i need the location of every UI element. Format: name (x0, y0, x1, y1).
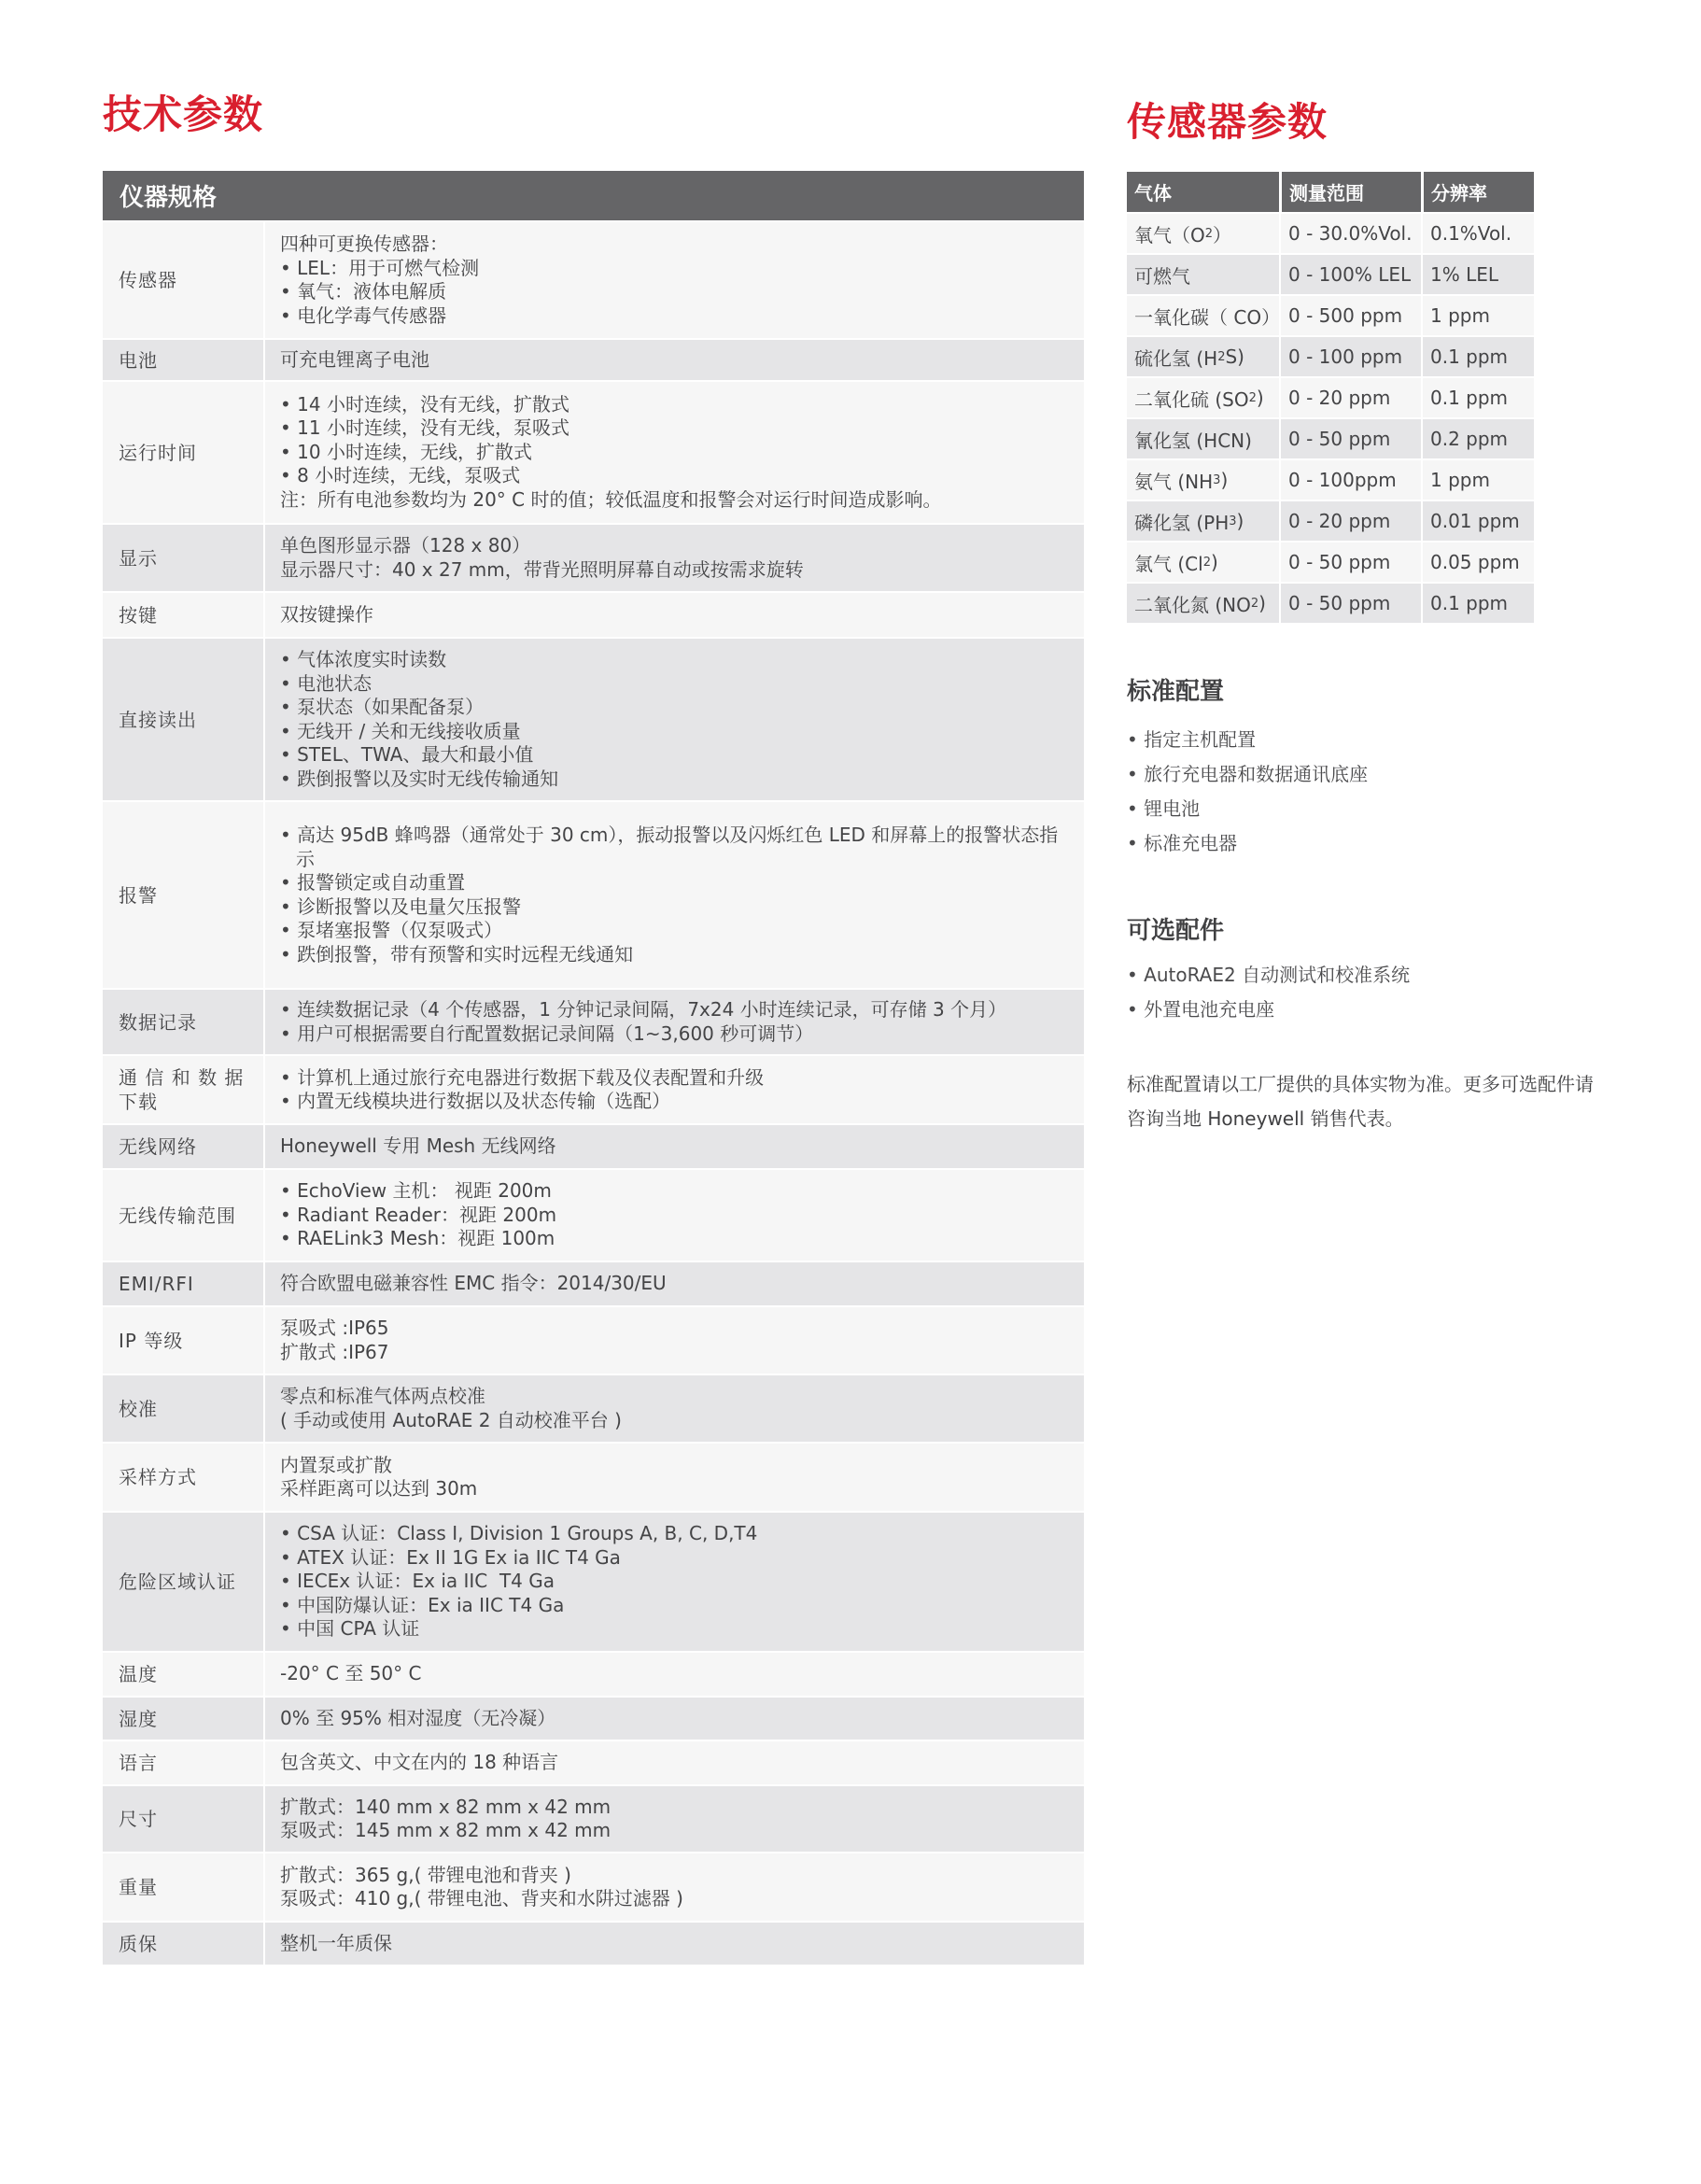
spec-row: 重量扩散式：365 g,( 带锂电池和背夹 )泵吸式：410 g,( 带锂电池、… (103, 1852, 1084, 1921)
spec-row: 采样方式内置泵或扩散采样距离可以达到 30m (103, 1442, 1084, 1511)
optional-accessories-list: AutoRAE2 自动测试和校准系统外置电池充电座 (1127, 958, 1410, 1027)
spec-text-line: 四种可更换传感器： (280, 232, 1076, 257)
sensor-row: 二氧化硫 (SO2)0 - 20 ppm0.1 ppm (1127, 376, 1534, 417)
sensor-range: 0 - 100% LEL (1279, 255, 1421, 294)
sensor-table-body: 氧气（O2）0 - 30.0%Vol.0.1%Vol.可燃气0 - 100% L… (1127, 212, 1534, 623)
spec-text-line: 零点和标准气体两点校准 (280, 1385, 1076, 1409)
spec-row-value: 整机一年质保 (265, 1923, 1084, 1965)
spec-text-line: 采样距离可以达到 30m (280, 1477, 1076, 1501)
standard-config-title: 标准配置 (1127, 680, 1224, 704)
gas-name-tail: ) (1258, 592, 1266, 614)
spec-bullet-item: 11 小时连续，没有无线，泵吸式 (280, 416, 1076, 441)
gas-formula-subscript: 3 (1229, 514, 1236, 528)
spec-row: IP 等级泵吸式 :IP65扩散式 :IP67 (103, 1305, 1084, 1374)
spec-row: 电池可充电锂离子电池 (103, 338, 1084, 380)
spec-row-value: 计算机上通过旅行充电器进行数据下载及仪表配置和升级内置无线模块进行数据以及状态传… (265, 1056, 1084, 1123)
optional-accessories-title: 可选配件 (1127, 919, 1224, 943)
spec-text-line: 可充电锂离子电池 (280, 348, 1076, 373)
sensor-gas-name: 氧气（O2） (1127, 214, 1279, 253)
sensor-param-table: 气体 测量范围 分辨率 氧气（O2）0 - 30.0%Vol.0.1%Vol.可… (1127, 172, 1534, 623)
gas-name-tail: ) (1237, 510, 1244, 532)
spec-row-label: 校准 (103, 1375, 265, 1442)
spec-text-line: -20° C 至 50° C (280, 1662, 1076, 1686)
spec-row-value: 气体浓度实时读数电池状态泵状态（如果配备泵）无线开 / 关和无线接收质量STEL… (265, 639, 1084, 800)
col-header-gas: 气体 (1127, 172, 1279, 212)
gas-name-text: 二氧化硫 (SO (1134, 385, 1249, 412)
spec-bullet-item: Radiant Reader：视距 200m (280, 1204, 1076, 1228)
standard-config-list: 指定主机配置旅行充电器和数据通讯底座锂电池标准充电器 (1127, 723, 1368, 861)
gas-formula-subscript: 2 (1203, 556, 1211, 570)
spec-row-label: EMI/RFI (103, 1262, 265, 1305)
spec-row-label: IP 等级 (103, 1307, 265, 1374)
spec-row-value: 包含英文、中文在内的 18 种语言 (265, 1741, 1084, 1784)
spec-row-label: 显示 (103, 525, 265, 591)
spec-bullet-item: 无线开 / 关和无线接收质量 (280, 720, 1076, 744)
sensor-resolution: 1% LEL (1421, 255, 1534, 294)
spec-bullet-item: 8 小时连续，无线，泵吸式 (280, 464, 1076, 488)
list-item: 指定主机配置 (1127, 723, 1368, 757)
spec-row-label: 尺寸 (103, 1786, 265, 1852)
sensor-row: 氯气 (Cl2)0 - 50 ppm0.05 ppm (1127, 541, 1534, 582)
sensor-gas-name: 磷化氢 (PH3) (1127, 501, 1279, 541)
spec-bullet-item: 连续数据记录（4 个传感器，1 分钟记录间隔，7x24 小时连续记录，可存储 3… (280, 998, 1076, 1022)
sensor-range: 0 - 20 ppm (1279, 378, 1421, 417)
spec-row-label: 湿度 (103, 1698, 265, 1740)
spec-row-label: 无线传输范围 (103, 1170, 265, 1261)
spec-row: 危险区域认证CSA 认证：Class I, Division 1 Groups … (103, 1511, 1084, 1651)
spec-row-value: 连续数据记录（4 个传感器，1 分钟记录间隔，7x24 小时连续记录，可存储 3… (265, 990, 1084, 1054)
spec-row-value: 符合欧盟电磁兼容性 EMC 指令：2014/30/EU (265, 1262, 1084, 1305)
spec-row-label: 通 信 和 数 据 下载 (103, 1056, 265, 1123)
spec-row: 数据记录连续数据记录（4 个传感器，1 分钟记录间隔，7x24 小时连续记录，可… (103, 988, 1084, 1054)
spec-row: 运行时间14 小时连续，没有无线，扩散式11 小时连续，没有无线，泵吸式10 小… (103, 380, 1084, 523)
spec-text-line: 泵吸式：410 g,( 带锂电池、背夹和水阱过滤器 ) (280, 1887, 1076, 1911)
gas-formula-subscript: 2 (1249, 391, 1257, 405)
sensor-range: 0 - 100ppm (1279, 460, 1421, 500)
page-title-specs: 技术参数 (103, 95, 263, 134)
gas-name-text: 一氧化碳（ CO） (1134, 303, 1280, 330)
sensor-resolution: 0.1 ppm (1421, 584, 1534, 623)
spec-text-line: 注：所有电池参数均为 20° C 时的值；较低温度和报警会对运行时间造成影响。 (280, 488, 1076, 513)
spec-row: 无线传输范围EchoView 主机： 视距 200mRadiant Reader… (103, 1168, 1084, 1261)
list-item: 锂电池 (1127, 792, 1368, 826)
spec-row-label: 传感器 (103, 222, 265, 338)
spec-bullet-item: 高达 95dB 蜂鸣器（通常处于 30 cm），振动报警以及闪烁红色 LED 和… (280, 824, 1076, 871)
spec-bullet-item: 14 小时连续，没有无线，扩散式 (280, 393, 1076, 417)
gas-name-text: 磷化氢 (PH (1134, 508, 1229, 535)
spec-row: 质保整机一年质保 (103, 1921, 1084, 1965)
spec-text-line: 内置泵或扩散 (280, 1454, 1076, 1478)
list-item: 旅行充电器和数据通讯底座 (1127, 757, 1368, 792)
spec-row-label: 质保 (103, 1923, 265, 1965)
spec-row: 通 信 和 数 据 下载计算机上通过旅行充电器进行数据下载及仪表配置和升级内置无… (103, 1054, 1084, 1123)
spec-bullet-item: LEL：用于可燃气检测 (280, 257, 1076, 281)
spec-row: 尺寸扩散式：140 mm x 82 mm x 42 mm泵吸式：145 mm x… (103, 1784, 1084, 1852)
spec-bullet-item: RAELink3 Mesh：视距 100m (280, 1227, 1076, 1251)
spec-row: 报警高达 95dB 蜂鸣器（通常处于 30 cm），振动报警以及闪烁红色 LED… (103, 800, 1084, 988)
spec-row-value: 单色图形显示器（128 x 80）显示器尺寸：40 x 27 mm，带背光照明屏… (265, 525, 1084, 591)
config-note: 标准配置请以工厂提供的具体实物为准。更多可选配件请咨询当地 Honeywell … (1127, 1067, 1603, 1136)
gas-name-tail: ） (1213, 220, 1231, 247)
col-header-range: 测量范围 (1279, 172, 1421, 212)
sensor-range: 0 - 50 ppm (1279, 419, 1421, 458)
sensor-resolution: 0.01 ppm (1421, 501, 1534, 541)
spec-row: 湿度0% 至 95% 相对湿度（无冷凝） (103, 1696, 1084, 1740)
spec-bullet-item: CSA 认证：Class I, Division 1 Groups A, B, … (280, 1522, 1076, 1546)
sensor-row: 氰化氢 (HCN)0 - 50 ppm0.2 ppm (1127, 417, 1534, 458)
page-title-sensor-params: 传感器参数 (1127, 103, 1328, 142)
sensor-row: 硫化氢 (H2S)0 - 100 ppm0.1 ppm (1127, 335, 1534, 376)
spec-row-value: EchoView 主机： 视距 200mRadiant Reader：视距 20… (265, 1170, 1084, 1261)
spec-row: 校准零点和标准气体两点校准( 手动或使用 AutoRAE 2 自动校准平台 ) (103, 1374, 1084, 1442)
instrument-spec-table: 仪器规格 传感器四种可更换传感器：LEL：用于可燃气检测氧气：液体电解质电化学毒… (103, 171, 1084, 1965)
spec-text-line: 双按键操作 (280, 603, 1076, 627)
spec-bullet-item: 诊断报警以及电量欠压报警 (280, 895, 1076, 920)
spec-row-value: 14 小时连续，没有无线，扩散式11 小时连续，没有无线，泵吸式10 小时连续，… (265, 382, 1084, 523)
spec-bullet-item: 10 小时连续，无线，扩散式 (280, 441, 1076, 465)
spec-row-value: 0% 至 95% 相对湿度（无冷凝） (265, 1698, 1084, 1740)
sensor-gas-name: 氯气 (Cl2) (1127, 542, 1279, 582)
sensor-range: 0 - 30.0%Vol. (1279, 214, 1421, 253)
gas-name-text: 氯气 (Cl (1134, 549, 1203, 576)
list-item: 外置电池充电座 (1127, 993, 1410, 1027)
sensor-table-header: 气体 测量范围 分辨率 (1127, 172, 1534, 212)
spec-text-line: 整机一年质保 (280, 1932, 1076, 1956)
spec-row-value: Honeywell 专用 Mesh 无线网络 (265, 1125, 1084, 1168)
gas-formula-subscript: 2 (1217, 350, 1225, 364)
spec-bullet-item: 中国防爆认证：Ex ia IIC T4 Ga (280, 1594, 1076, 1618)
sensor-resolution: 0.1%Vol. (1421, 214, 1534, 253)
col-header-resolution: 分辨率 (1421, 172, 1534, 212)
spec-bullet-item: IECEx 认证：Ex ia IIC T4 Ga (280, 1570, 1076, 1594)
sensor-range: 0 - 50 ppm (1279, 584, 1421, 623)
spec-row-value: 内置泵或扩散采样距离可以达到 30m (265, 1444, 1084, 1511)
sensor-gas-name: 二氧化硫 (SO2) (1127, 378, 1279, 417)
spec-bullet-item: 计算机上通过旅行充电器进行数据下载及仪表配置和升级 (280, 1066, 1076, 1091)
spec-row-label: 温度 (103, 1653, 265, 1696)
spec-bullet-item: 中国 CPA 认证 (280, 1617, 1076, 1642)
spec-row-value: 双按键操作 (265, 593, 1084, 637)
spec-text-line: 泵吸式：145 mm x 82 mm x 42 mm (280, 1819, 1076, 1843)
spec-table-body: 传感器四种可更换传感器：LEL：用于可燃气检测氧气：液体电解质电化学毒气传感器电… (103, 220, 1084, 1965)
sensor-resolution: 0.2 ppm (1421, 419, 1534, 458)
spec-row-value: -20° C 至 50° C (265, 1653, 1084, 1696)
sensor-resolution: 0.1 ppm (1421, 378, 1534, 417)
spec-row-value: 扩散式：140 mm x 82 mm x 42 mm泵吸式：145 mm x 8… (265, 1786, 1084, 1852)
gas-formula-subscript: 2 (1205, 227, 1213, 241)
sensor-row: 氨气 (NH3)0 - 100ppm1 ppm (1127, 458, 1534, 500)
sensor-gas-name: 氰化氢 (HCN) (1127, 419, 1279, 458)
spec-bullet-item: 报警锁定或自动重置 (280, 871, 1076, 895)
spec-row-value: CSA 认证：Class I, Division 1 Groups A, B, … (265, 1513, 1084, 1651)
list-item: AutoRAE2 自动测试和校准系统 (1127, 958, 1410, 993)
spec-text-line: ( 手动或使用 AutoRAE 2 自动校准平台 ) (280, 1409, 1076, 1433)
spec-row-label: 按键 (103, 593, 265, 637)
spec-bullet-item: 电池状态 (280, 672, 1076, 697)
sensor-row: 磷化氢 (PH3)0 - 20 ppm0.01 ppm (1127, 500, 1534, 541)
spec-bullet-item: ATEX 认证：Ex II 1G Ex ia IIC T4 Ga (280, 1546, 1076, 1571)
spec-row-label: 报警 (103, 802, 265, 988)
list-item: 标准充电器 (1127, 826, 1368, 861)
spec-row-label: 语言 (103, 1741, 265, 1784)
spec-bullet-item: 内置无线模块进行数据以及状态传输（选配） (280, 1090, 1076, 1114)
gas-name-tail: ) (1257, 387, 1264, 409)
spec-bullet-item: 跌倒报警以及实时无线传输通知 (280, 768, 1076, 792)
spec-bullet-item: 泵堵塞报警（仅泵吸式） (280, 919, 1076, 943)
spec-text-line: 扩散式：140 mm x 82 mm x 42 mm (280, 1796, 1076, 1820)
spec-bullet-item: 用户可根据需要自行配置数据记录间隔（1~3,600 秒可调节） (280, 1022, 1076, 1047)
sensor-row: 氧气（O2）0 - 30.0%Vol.0.1%Vol. (1127, 212, 1534, 253)
gas-name-tail: ) (1220, 469, 1228, 491)
spec-row-label: 电池 (103, 340, 265, 380)
spec-row-label: 运行时间 (103, 382, 265, 523)
spec-text-line: 扩散式：365 g,( 带锂电池和背夹 ) (280, 1864, 1076, 1888)
gas-formula-subscript: 3 (1213, 473, 1220, 487)
spec-row-value: 泵吸式 :IP65扩散式 :IP67 (265, 1307, 1084, 1374)
spec-row: 语言包含英文、中文在内的 18 种语言 (103, 1740, 1084, 1784)
spec-table-header: 仪器规格 (103, 171, 1084, 220)
gas-name-text: 二氧化氮 (NO (1134, 590, 1251, 617)
spec-row: 温度-20° C 至 50° C (103, 1651, 1084, 1696)
spec-text-line: 单色图形显示器（128 x 80） (280, 534, 1076, 558)
spec-row: 传感器四种可更换传感器：LEL：用于可燃气检测氧气：液体电解质电化学毒气传感器 (103, 220, 1084, 338)
sensor-gas-name: 可燃气 (1127, 255, 1279, 294)
spec-row-label: 采样方式 (103, 1444, 265, 1511)
sensor-row: 一氧化碳（ CO）0 - 500 ppm1 ppm (1127, 294, 1534, 335)
spec-text-line: 0% 至 95% 相对湿度（无冷凝） (280, 1707, 1076, 1731)
sensor-range: 0 - 100 ppm (1279, 337, 1421, 376)
spec-bullet-item: 氧气：液体电解质 (280, 280, 1076, 304)
spec-row-value: 四种可更换传感器：LEL：用于可燃气检测氧气：液体电解质电化学毒气传感器 (265, 222, 1084, 338)
sensor-row: 可燃气0 - 100% LEL1% LEL (1127, 253, 1534, 294)
spec-row: 无线网络Honeywell 专用 Mesh 无线网络 (103, 1123, 1084, 1168)
sensor-resolution: 1 ppm (1421, 460, 1534, 500)
sensor-gas-name: 一氧化碳（ CO） (1127, 296, 1279, 335)
spec-row-value: 高达 95dB 蜂鸣器（通常处于 30 cm），振动报警以及闪烁红色 LED 和… (265, 802, 1084, 988)
spec-bullet-item: 气体浓度实时读数 (280, 648, 1076, 672)
spec-row-label: 直接读出 (103, 639, 265, 800)
sensor-resolution: 0.1 ppm (1421, 337, 1534, 376)
sensor-gas-name: 二氧化氮 (NO2) (1127, 584, 1279, 623)
gas-formula-subscript: 2 (1251, 597, 1258, 611)
gas-name-text: 氰化氢 (HCN) (1134, 426, 1252, 453)
spec-row-label: 重量 (103, 1853, 265, 1921)
spec-row-label: 数据记录 (103, 990, 265, 1054)
spec-bullet-item: 跌倒报警，带有预警和实时远程无线通知 (280, 943, 1076, 967)
spec-row-label: 无线网络 (103, 1125, 265, 1168)
sensor-range: 0 - 500 ppm (1279, 296, 1421, 335)
spec-bullet-item: 电化学毒气传感器 (280, 304, 1076, 329)
sensor-row: 二氧化氮 (NO2)0 - 50 ppm0.1 ppm (1127, 582, 1534, 623)
spec-text-line: 泵吸式 :IP65 (280, 1317, 1076, 1341)
gas-name-text: 氨气 (NH (1134, 467, 1213, 494)
spec-row-value: 零点和标准气体两点校准( 手动或使用 AutoRAE 2 自动校准平台 ) (265, 1375, 1084, 1442)
spec-bullet-item: EchoView 主机： 视距 200m (280, 1179, 1076, 1204)
gas-name-text: 可燃气 (1134, 261, 1190, 289)
spec-row-value: 可充电锂离子电池 (265, 340, 1084, 380)
gas-name-tail: ) (1211, 551, 1218, 573)
spec-text-line: 扩散式 :IP67 (280, 1341, 1076, 1365)
sensor-range: 0 - 20 ppm (1279, 501, 1421, 541)
spec-row: EMI/RFI符合欧盟电磁兼容性 EMC 指令：2014/30/EU (103, 1261, 1084, 1305)
sensor-gas-name: 硫化氢 (H2S) (1127, 337, 1279, 376)
gas-name-text: 氧气（O (1134, 220, 1205, 247)
spec-row-label: 危险区域认证 (103, 1513, 265, 1651)
spec-row: 按键双按键操作 (103, 591, 1084, 637)
spec-row: 直接读出气体浓度实时读数电池状态泵状态（如果配备泵）无线开 / 关和无线接收质量… (103, 637, 1084, 800)
gas-name-text: 硫化氢 (H (1134, 344, 1217, 371)
sensor-resolution: 1 ppm (1421, 296, 1534, 335)
spec-row: 显示单色图形显示器（128 x 80）显示器尺寸：40 x 27 mm，带背光照… (103, 523, 1084, 591)
sensor-range: 0 - 50 ppm (1279, 542, 1421, 582)
spec-text-line: Honeywell 专用 Mesh 无线网络 (280, 1134, 1076, 1159)
spec-text-line: 显示器尺寸：40 x 27 mm，带背光照明屏幕自动或按需求旋转 (280, 558, 1076, 583)
spec-bullet-item: 泵状态（如果配备泵） (280, 696, 1076, 720)
spec-row-value: 扩散式：365 g,( 带锂电池和背夹 )泵吸式：410 g,( 带锂电池、背夹… (265, 1853, 1084, 1921)
spec-bullet-item: STEL、TWA、最大和最小值 (280, 743, 1076, 768)
sensor-gas-name: 氨气 (NH3) (1127, 460, 1279, 500)
spec-text-line: 符合欧盟电磁兼容性 EMC 指令：2014/30/EU (280, 1272, 1076, 1296)
spec-text-line: 包含英文、中文在内的 18 种语言 (280, 1751, 1076, 1775)
sensor-resolution: 0.05 ppm (1421, 542, 1534, 582)
gas-name-tail: S) (1225, 345, 1244, 368)
